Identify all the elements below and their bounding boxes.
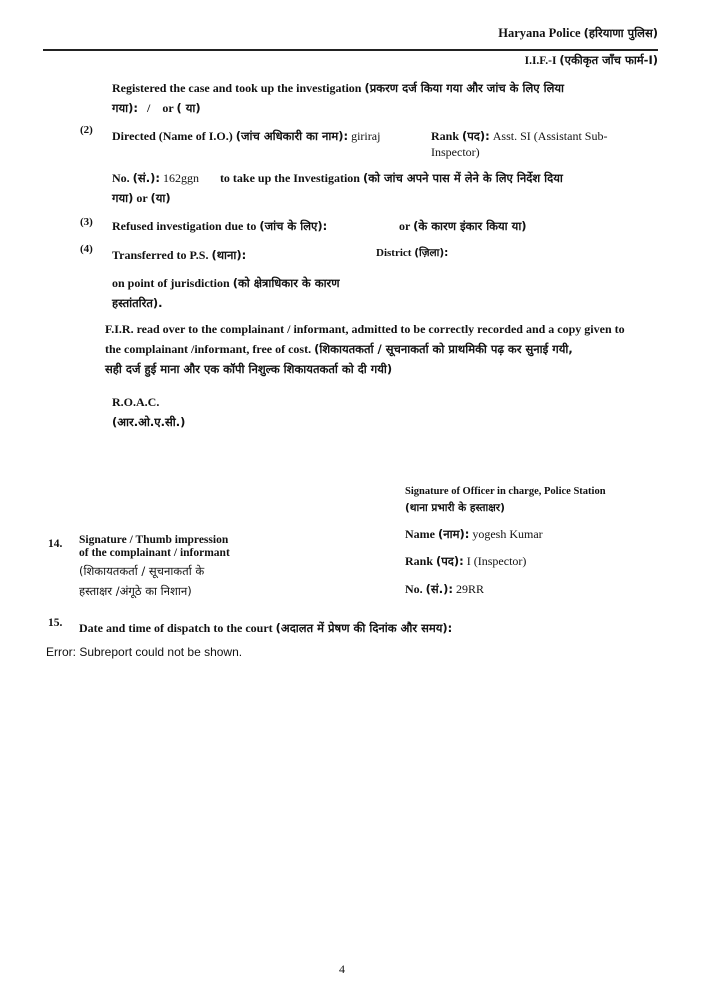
section-4-number: (4)	[80, 243, 93, 255]
officer-rank-value: I (Inspector)	[467, 554, 527, 568]
or-label-2: or	[136, 191, 147, 205]
officer-signature-label: Signature of Officer in charge, Police S…	[405, 484, 606, 517]
io-rank-value-cont: Inspector)	[431, 142, 480, 162]
officer-rank-label-hindi: (पद):	[436, 554, 464, 568]
district-label: District	[376, 247, 411, 259]
org-name-hindi: (हरियाणा पुलिस)	[584, 26, 658, 40]
directed-label-hindi: (जांच अधिकारी का नाम):	[236, 129, 348, 143]
form-code: I.I.F.-I	[525, 55, 557, 67]
or-label-hindi: ( या)	[176, 101, 200, 115]
officer-name-row: Name (नाम): yogesh Kumar	[405, 524, 543, 544]
complainant-signature-label-hindi: (शिकायतकर्ता / सूचनाकर्ता के हस्ताक्षर /…	[79, 561, 204, 601]
complainant-sig-line3-hindi: (शिकायतकर्ता / सूचनाकर्ता के	[79, 564, 204, 578]
io-rank-value: Asst. SI (Assistant Sub-	[493, 129, 608, 143]
io-no-value: 162ggn	[163, 171, 199, 185]
roac-label: R.O.A.C.	[112, 395, 159, 409]
or-label-2-hindi: (या)	[151, 191, 171, 205]
transferred-label: Transferred to P.S.	[112, 248, 208, 262]
dispatch-row: Date and time of dispatch to the court (…	[79, 618, 452, 638]
fir-read-line2-hindi: (शिकायतकर्ता / सूचनाकर्ता को प्राथमिकी प…	[314, 342, 573, 356]
dispatch-label-hindi: (अदालत में प्रेषण की दिनांक और समय):	[276, 621, 453, 635]
officer-no-label: No.	[405, 582, 423, 596]
take-up-label: to take up the Investigation	[220, 171, 360, 185]
section-3-number: (3)	[80, 216, 93, 228]
registered-label-hindi: (प्रकरण दर्ज किया गया और जांच के लिए लिय…	[364, 81, 564, 95]
jurisdiction-label-hindi-cont: हस्तांतरित).	[112, 296, 163, 310]
refused-row: Refused investigation due to (जांच के लि…	[112, 216, 327, 236]
subreport-error: Error: Subreport could not be shown.	[46, 645, 242, 659]
complainant-signature-label: Signature / Thumb impression of the comp…	[79, 534, 230, 560]
io-rank-label: Rank	[431, 129, 459, 143]
section-15-number: 15.	[48, 617, 62, 629]
jurisdiction-row: on point of jurisdiction (को क्षेत्राधिक…	[112, 273, 372, 313]
refused-or: or (के कारण इंकार किया या)	[399, 216, 527, 236]
complainant-sig-line2: of the complainant / informant	[79, 547, 230, 559]
page-number: 4	[339, 962, 345, 977]
roac: R.O.A.C. (आर.ओ.ए.सी.)	[112, 392, 185, 432]
take-up-label-hindi-cont: गया)	[112, 191, 133, 205]
officer-name-label: Name	[405, 527, 435, 541]
fir-read-statement: F.I.R. read over to the complainant / in…	[105, 319, 645, 379]
fir-read-line1: F.I.R. read over to the complainant / in…	[105, 322, 625, 336]
complainant-sig-line1: Signature / Thumb impression	[79, 534, 228, 546]
registered-label: Registered the case and took up the inve…	[112, 81, 361, 95]
or-label: or	[162, 101, 173, 115]
officer-rank-label: Rank	[405, 554, 433, 568]
transferred-row: Transferred to P.S. (थाना):	[112, 245, 246, 265]
io-no-label-hindi: (सं.):	[133, 171, 160, 185]
fir-read-line3-hindi: सही दर्ज हुई माना और एक कॉपी निशुल्क शिक…	[105, 362, 392, 376]
section-2-number: (2)	[80, 124, 93, 136]
transferred-label-hindi: (थाना):	[211, 248, 246, 262]
fir-read-line2: the complainant /informant, free of cost…	[105, 342, 311, 356]
officer-sig-label-hindi: (थाना प्रभारी के हस्ताक्षर)	[405, 502, 505, 514]
org-name: Haryana Police	[498, 26, 580, 40]
refused-label: Refused investigation due to	[112, 219, 256, 233]
district-field: District (ज़िला):	[376, 243, 448, 263]
officer-sig-label: Signature of Officer in charge, Police S…	[405, 486, 606, 497]
refused-or-label: or	[399, 219, 410, 233]
section-registered: Registered the case and took up the inve…	[112, 78, 612, 118]
complainant-sig-line4-hindi: हस्ताक्षर /अंगूठे का निशान)	[79, 584, 192, 598]
header-divider	[43, 49, 658, 51]
header-org: Haryana Police (हरियाणा पुलिस)	[498, 26, 658, 41]
jurisdiction-label-hindi: (को क्षेत्राधिकार के कारण	[233, 276, 340, 290]
roac-label-hindi: (आर.ओ.ए.सी.)	[112, 415, 185, 429]
registered-slash: /	[147, 101, 150, 115]
jurisdiction-label: on point of jurisdiction	[112, 276, 230, 290]
registered-label-hindi-cont: गया):	[112, 101, 138, 115]
dispatch-label: Date and time of dispatch to the court	[79, 621, 273, 635]
directed-row: Directed (Name of I.O.) (जांच अधिकारी का…	[112, 126, 380, 146]
no-row: No. (सं.): 162ggn to take up the Investi…	[112, 168, 612, 208]
io-name-value: giriraj	[351, 129, 380, 143]
officer-name-value: yogesh Kumar	[472, 527, 542, 541]
refused-or-label-hindi: (के कारण इंकार किया या)	[413, 219, 526, 233]
directed-label: Directed (Name of I.O.)	[112, 129, 233, 143]
io-no-label: No.	[112, 171, 130, 185]
header-form: I.I.F.-I (एकीकृत जाँच फार्म-I)	[525, 53, 658, 68]
officer-name-label-hindi: (नाम):	[438, 527, 469, 541]
officer-rank-row: Rank (पद): I (Inspector)	[405, 551, 526, 571]
form-code-hindi: (एकीकृत जाँच फार्म-I)	[559, 53, 658, 67]
section-14-number: 14.	[48, 538, 62, 550]
officer-no-label-hindi: (सं.):	[426, 582, 453, 596]
officer-no-value: 29RR	[456, 582, 484, 596]
refused-label-hindi: (जांच के लिए):	[259, 219, 327, 233]
officer-no-row: No. (सं.): 29RR	[405, 579, 484, 599]
take-up-label-hindi: (को जांच अपने पास में लेने के लिए निर्दे…	[363, 171, 563, 185]
district-label-hindi: (ज़िला):	[414, 247, 448, 259]
io-rank-label-hindi: (पद):	[462, 129, 490, 143]
